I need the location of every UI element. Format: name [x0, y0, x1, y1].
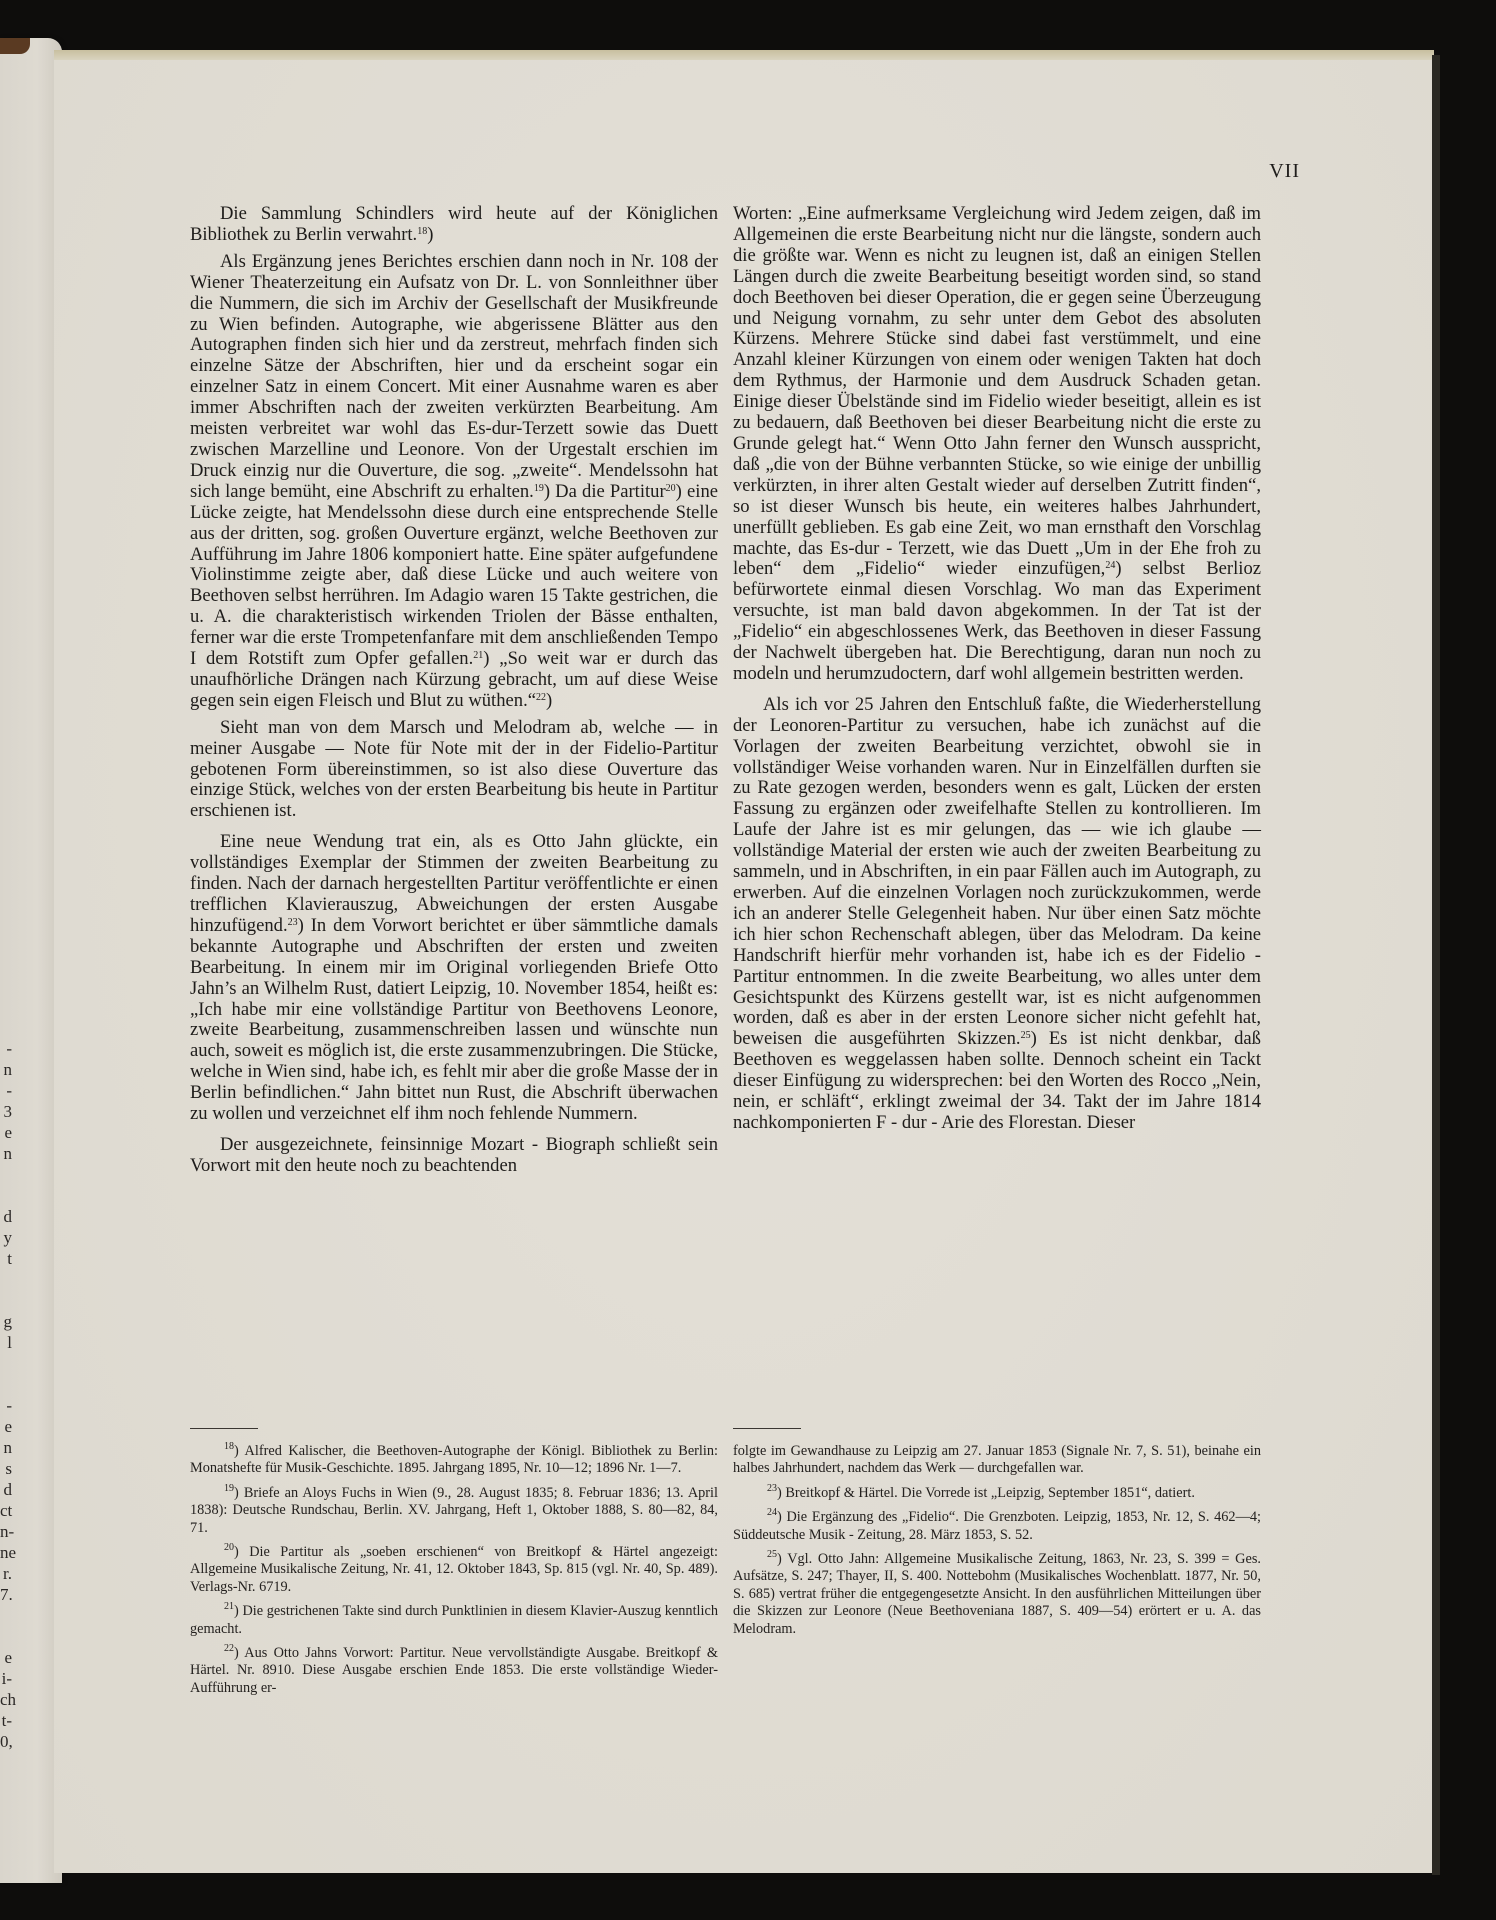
- book-spine: [0, 38, 30, 54]
- page-top-edge: [54, 50, 1434, 60]
- previous-page-fragment: ne: [0, 1542, 12, 1563]
- previous-page-fragment: -: [0, 1038, 12, 1059]
- footnote-24: 24) Die Ergänzung des „Fidelio“. Die Gre…: [733, 1509, 1261, 1544]
- previous-page-fragment: ch: [0, 1689, 12, 1710]
- paragraph: Die Sammlung Schindlers wird heute auf d…: [190, 204, 718, 246]
- footnotes-left: 18) Alfred Kalischer, die Beethoven-Auto…: [190, 1428, 718, 1704]
- footnote-ref[interactable]: 24: [1105, 560, 1115, 571]
- paragraph: Sieht man von dem Marsch und Melodram ab…: [190, 718, 718, 823]
- previous-page-fragment: g: [0, 1311, 12, 1332]
- previous-page-fragment: e: [0, 1122, 12, 1143]
- previous-page-fragment: t-: [0, 1710, 12, 1731]
- footnote-number: 25: [767, 1549, 777, 1560]
- footnote-23: 23) Breitkopf & Härtel. Die Vorrede ist …: [733, 1485, 1261, 1502]
- previous-page-fragment: n-: [0, 1521, 12, 1542]
- footnote-number: 22: [224, 1643, 234, 1654]
- previous-page-fragment: n: [0, 1437, 12, 1458]
- previous-page-fragment: 7.: [0, 1584, 12, 1605]
- previous-page-fragment: l: [0, 1332, 12, 1353]
- previous-page-fragment: [0, 1269, 12, 1290]
- footnote-21: 21) Die gestrichenen Takte sind durch Pu…: [190, 1603, 718, 1638]
- previous-page-fragment: e: [0, 1647, 12, 1668]
- paragraph: Als Ergänzung jenes Berichtes erschien d…: [190, 252, 718, 712]
- paragraph: Eine neue Wendung trat ein, als es Otto …: [190, 832, 718, 1125]
- previous-page-fragment: r.: [0, 1563, 12, 1584]
- previous-page-fragment: ct: [0, 1500, 12, 1521]
- previous-page-fragment: [0, 1374, 12, 1395]
- footnotes-right: folgte im Gewandhause zu Leipzig am 27. …: [733, 1428, 1261, 1645]
- footnote-ref[interactable]: 18: [417, 226, 427, 237]
- footnote-ref[interactable]: 21: [473, 650, 483, 661]
- paragraph: Worten: „Eine aufmerksame Vergleichung w…: [733, 204, 1261, 685]
- previous-page-fragment: [0, 1290, 12, 1311]
- previous-page-edge: -n-3endytgl-ensdctn-ner.7.ei-cht-0,: [0, 38, 62, 1883]
- page-right-shadow: [1432, 55, 1440, 1875]
- footnote-19: 19) Briefe an Aloys Fuchs in Wien (9., 2…: [190, 1485, 718, 1537]
- footnote-rule: [733, 1428, 801, 1429]
- footnote-number: 20: [224, 1542, 234, 1553]
- footnote-25: 25) Vgl. Otto Jahn: Allgemeine Musikalis…: [733, 1551, 1261, 1638]
- footnote-22-continuation: folgte im Gewandhause zu Leipzig am 27. …: [733, 1443, 1261, 1478]
- left-column: Die Sammlung Schindlers wird heute auf d…: [190, 204, 718, 1183]
- footnote-20: 20) Die Partitur als „soeben erschienen“…: [190, 1544, 718, 1596]
- previous-page-fragment: n: [0, 1143, 12, 1164]
- previous-page-fragment: 0,: [0, 1731, 12, 1752]
- footnote-ref[interactable]: 22: [536, 692, 546, 703]
- previous-page-text-fragments: -n-3endytgl-ensdctn-ner.7.ei-cht-0,: [0, 1038, 12, 1752]
- footnote-ref[interactable]: 23: [288, 917, 298, 928]
- previous-page-fragment: i-: [0, 1668, 12, 1689]
- right-column: Worten: „Eine aufmerksame Vergleichung w…: [733, 204, 1261, 1140]
- footnote-number: 19: [224, 1483, 234, 1494]
- previous-page-fragment: n: [0, 1059, 12, 1080]
- paragraph: Als ich vor 25 Jahren den Entschluß faßt…: [733, 695, 1261, 1134]
- footnote-number: 21: [224, 1601, 234, 1612]
- footnote-rule: [190, 1428, 258, 1429]
- footnote-ref[interactable]: 19: [534, 483, 544, 494]
- footnote-18: 18) Alfred Kalischer, die Beethoven-Auto…: [190, 1443, 718, 1478]
- previous-page-fragment: [0, 1185, 12, 1206]
- footnote-number: 18: [224, 1441, 234, 1452]
- footnote-22: 22) Aus Otto Jahns Vorwort: Partitur. Ne…: [190, 1645, 718, 1697]
- previous-page-fragment: t: [0, 1248, 12, 1269]
- previous-page-fragment: d: [0, 1479, 12, 1500]
- page-number: VII: [1269, 160, 1300, 183]
- footnote-ref[interactable]: 25: [1021, 1030, 1031, 1041]
- previous-page-fragment: [0, 1605, 12, 1626]
- previous-page-fragment: e: [0, 1416, 12, 1437]
- footnote-ref[interactable]: 20: [666, 483, 676, 494]
- previous-page-fragment: s: [0, 1458, 12, 1479]
- paragraph: Der ausgezeichnete, feinsinnige Mozart -…: [190, 1135, 718, 1177]
- previous-page-fragment: -: [0, 1395, 12, 1416]
- previous-page-fragment: y: [0, 1227, 12, 1248]
- previous-page-fragment: -: [0, 1080, 12, 1101]
- footnote-number: 23: [767, 1483, 777, 1494]
- previous-page-fragment: [0, 1164, 12, 1185]
- previous-page-fragment: [0, 1353, 12, 1374]
- footnote-number: 24: [767, 1507, 777, 1518]
- previous-page-fragment: d: [0, 1206, 12, 1227]
- previous-page-fragment: [0, 1626, 12, 1647]
- previous-page-fragment: 3: [0, 1101, 12, 1122]
